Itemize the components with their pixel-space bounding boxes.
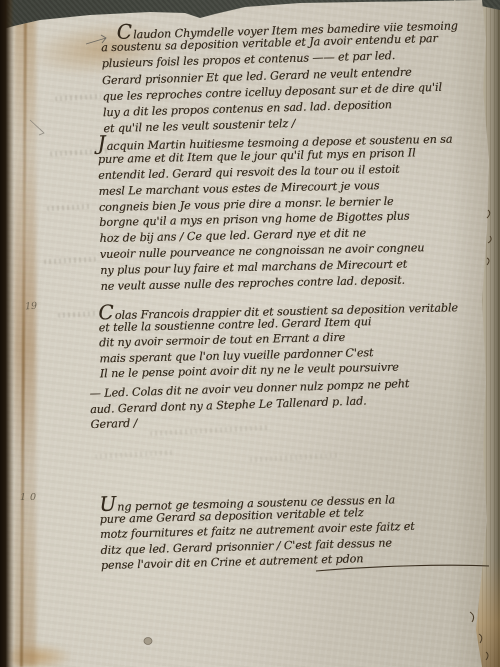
paragraph-deposition-pernot: Ung pernot ge tesmoing a soustenu ce des… [99,487,487,573]
show-through-writing [250,453,340,463]
manuscript-page: Claudon Chymdelle voyer Item mes bamedir… [0,0,500,667]
book-binding-edge [0,0,14,667]
paragraph-deposition-colas-francois: Colas Francois drappier dit et soustient… [98,297,486,382]
paragraph-deposition-claudon: Claudon Chymdelle voyer Item mes bamedir… [100,14,481,138]
show-through-writing [47,204,91,211]
folio-number-upper: 19 [25,301,38,313]
manuscript-photo: Claudon Chymdelle voyer Item mes bamedir… [0,0,500,667]
folio-number-lower: 10 [20,492,40,503]
show-through-writing [95,450,175,459]
paragraph-note-colas: — Led. Colas dit ne avoir veu donner nul… [89,374,482,433]
show-through-writing [58,311,96,318]
paragraph-deposition-jacquin-martin: Jacquin Martin huitiesme tesmoing a depo… [97,128,484,295]
show-through-writing [44,257,96,265]
show-through-writing [55,94,101,101]
